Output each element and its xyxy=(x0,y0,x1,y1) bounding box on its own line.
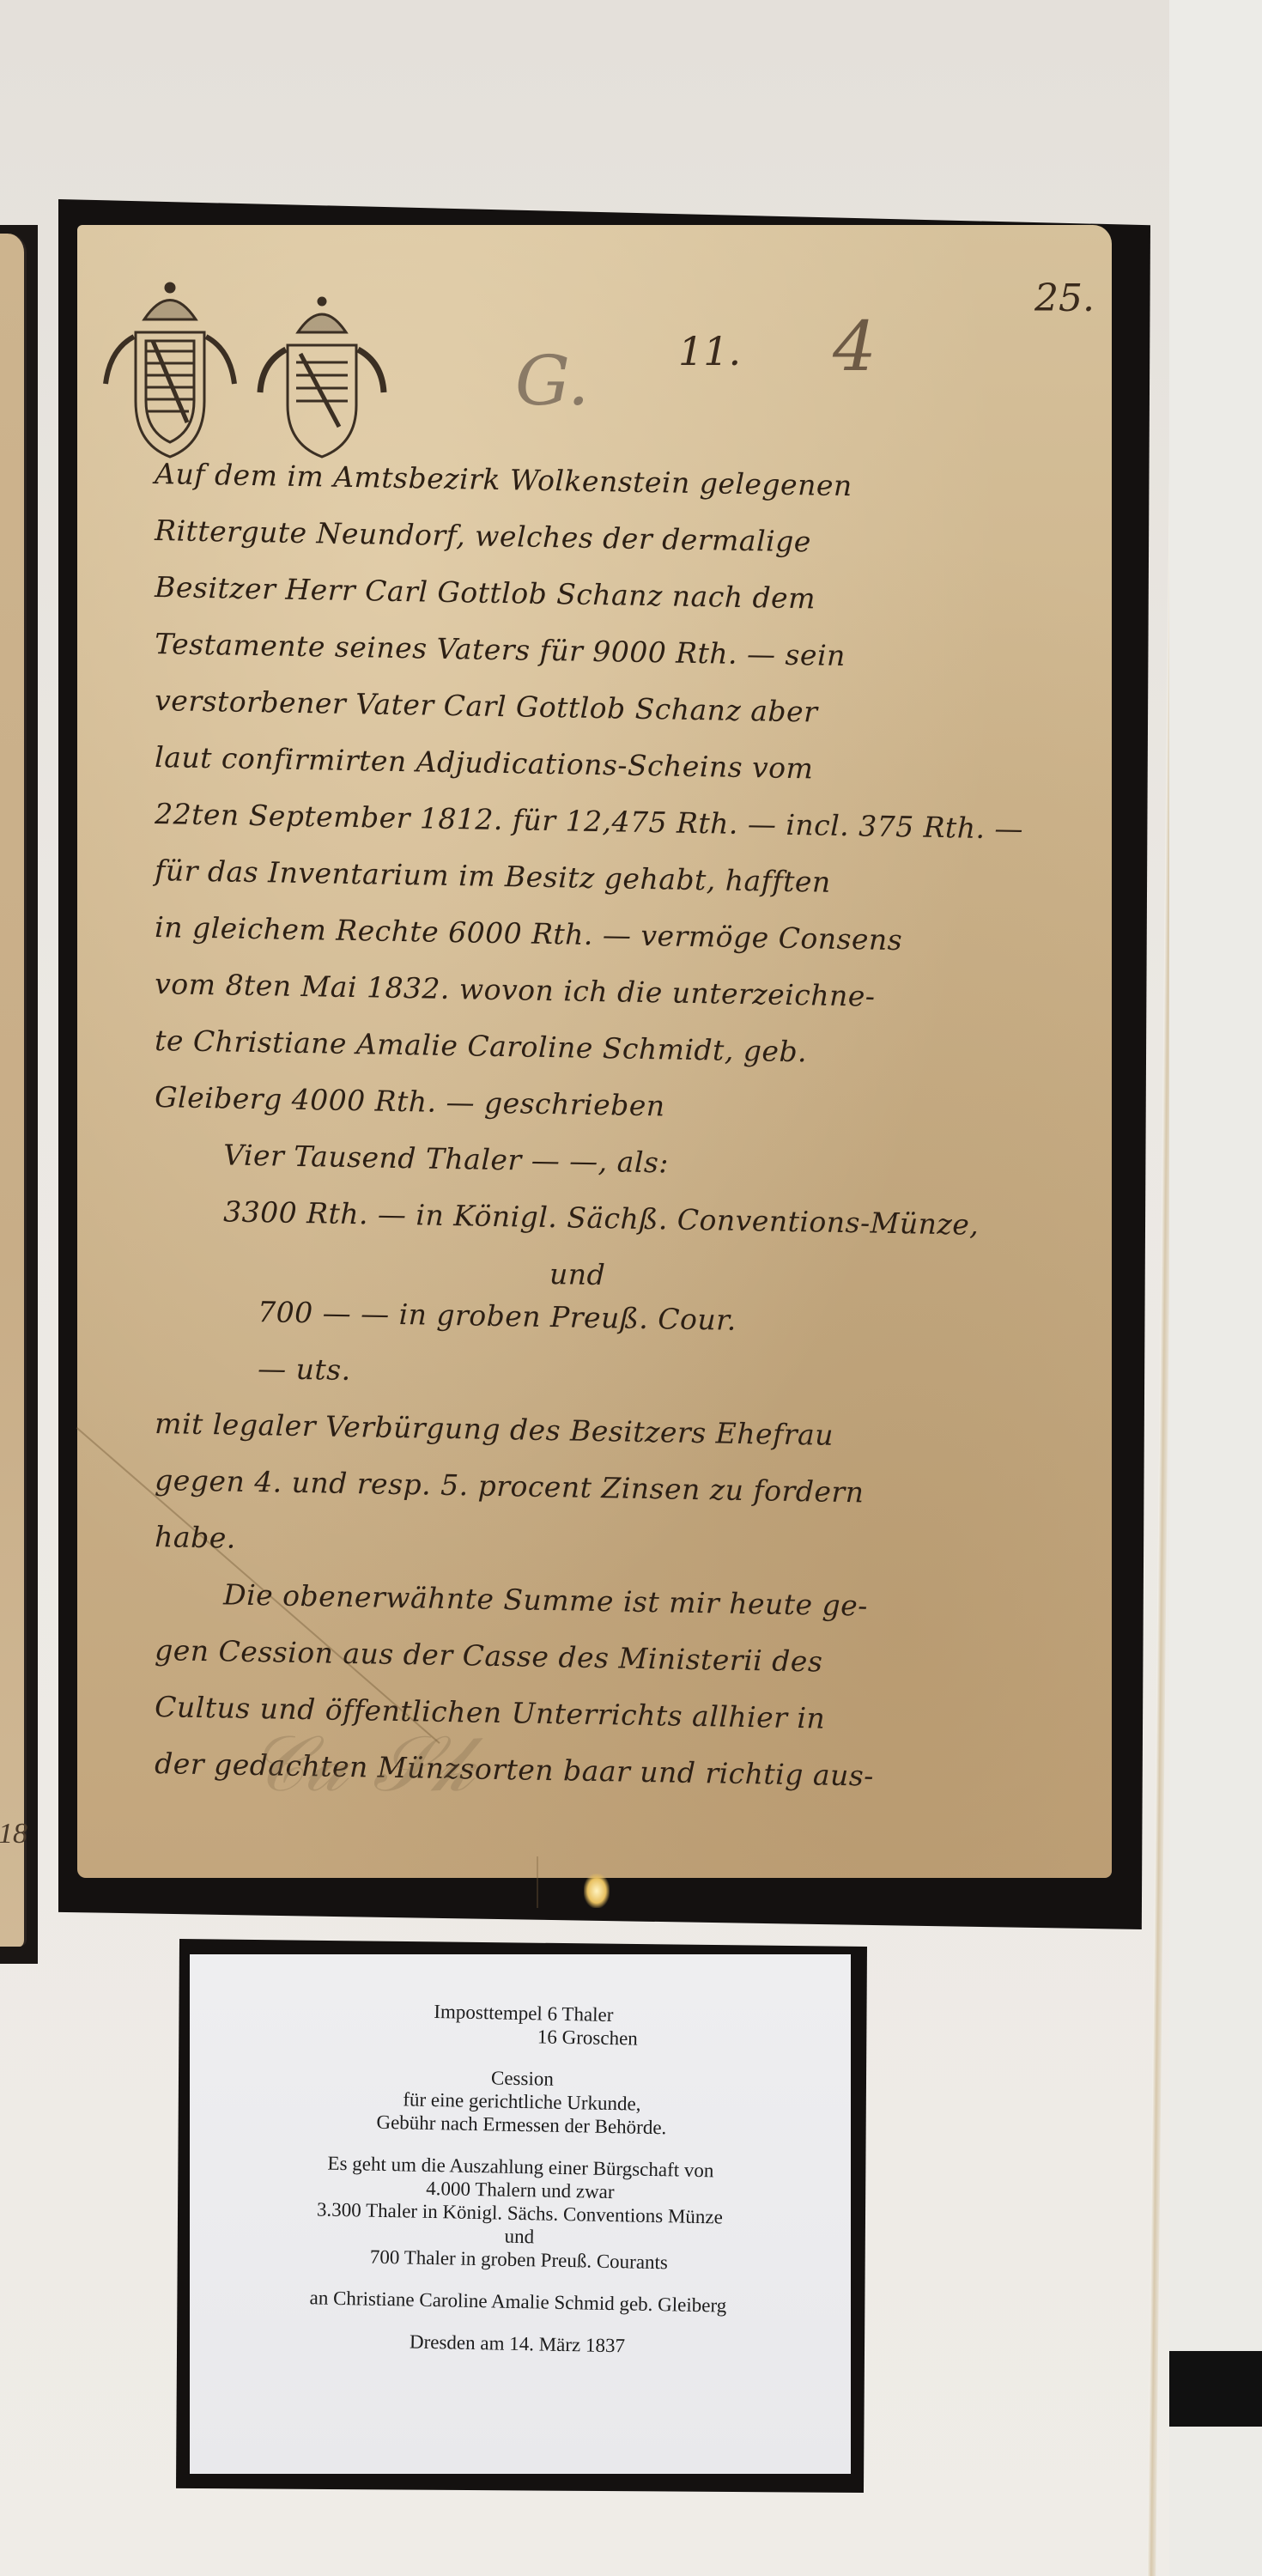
cession-block: Cession für eine gerichtliche Urkunde, G… xyxy=(191,2061,852,2143)
adjacent-mat-panel xyxy=(1169,0,1262,2576)
coat-of-arms-stamp-groschen-icon xyxy=(253,281,391,470)
adjacent-document-frame: 18 xyxy=(0,225,38,1964)
payment-block: Es geht um die Auszahlung einer Bürgscha… xyxy=(188,2149,851,2278)
paper-crease xyxy=(537,1856,538,1908)
coat-of-arms-stamp-thaler-icon xyxy=(93,272,247,461)
historic-document: G. 11. 4 25. Auf dem im Amtsbezirk Wolke… xyxy=(77,225,1112,1878)
document-frame: G. 11. 4 25. Auf dem im Amtsbezirk Wolke… xyxy=(58,199,1150,1929)
adjacent-frame-bar xyxy=(1169,2351,1262,2427)
handwritten-text: Auf dem im Amtsbezirk Wolkenstein gelege… xyxy=(155,457,1090,1803)
pencil-annotation-letter: G. xyxy=(515,341,589,421)
adjacent-document-fragment: 18 xyxy=(0,1818,27,1850)
stamp-duty-block: Imposttempel 6 Thaler 16 Groschen xyxy=(192,1996,854,2055)
adjacent-document-paper: 18 xyxy=(0,234,27,1947)
annotation-number: 11. xyxy=(678,328,741,374)
description-label: Imposttempel 6 Thaler 16 Groschen Cessio… xyxy=(190,1954,851,2474)
pencil-annotation-number: 4 xyxy=(833,307,877,386)
recipient-line: an Christiane Caroline Amalie Schmid geb… xyxy=(187,2284,848,2320)
place-date-line: Dresden am 14. März 1837 xyxy=(186,2326,847,2362)
page-number: 25. xyxy=(1034,276,1095,320)
faint-pencil-signature: 𝒞𝒶 𝒮𝓀 xyxy=(249,1719,474,1810)
description-label-frame: Imposttempel 6 Thaler 16 Groschen Cessio… xyxy=(176,1939,867,2493)
light-reflection xyxy=(584,1874,610,1908)
